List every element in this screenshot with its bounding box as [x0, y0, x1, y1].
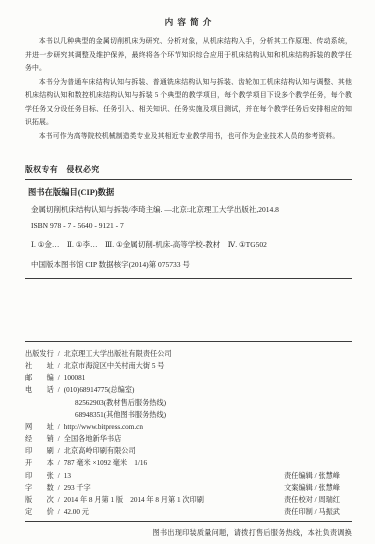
colophon-value: 2014 年 8 月第 1 版 2014 年 8 月第 1 次印刷: [64, 494, 204, 506]
colophon-label: 出版发行: [25, 348, 54, 360]
colophon-label: 版 次: [25, 494, 54, 506]
colophon-value: 68948351(其他图书服务热线): [75, 409, 166, 421]
divider-above-footer: [25, 521, 352, 522]
colophon-row-phone-3: 68948351(其他图书服务热线): [25, 409, 352, 421]
credit-proofreader: 责任校对 / 周瑞红: [284, 494, 352, 506]
colophon-value: 北京市海淀区中关村南大街 5 号: [64, 360, 165, 372]
colophon-label: 印 刷: [25, 445, 54, 457]
colophon-row-address: 社 址/北京市海淀区中关村南大街 5 号: [25, 360, 352, 372]
divider-below-copyright: [25, 179, 352, 180]
cip-classification-line: Ⅰ. ①金… Ⅱ. ①李… Ⅲ. ①金属切削-机床-高等学校-教材 Ⅳ. ①TG…: [31, 239, 352, 250]
colophon-value: 北京高岭印刷有限公司: [64, 445, 136, 457]
book-copyright-page: 内 容 简 介 本书以几种典型的金属切削机床为研究、分析对象，从机床结构入手，分…: [25, 16, 352, 538]
summary-paragraph-3: 本书可作为高等院校机械制造类专业及其相近专业教学用书，也可作为企业技术人员的参考…: [25, 130, 352, 144]
credit-print-supervisor: 责任印制 / 马振武: [284, 506, 352, 518]
label-separator: /: [58, 421, 60, 433]
divider-below-cip: [25, 278, 352, 279]
colophon-label: 印 张: [25, 470, 54, 482]
colophon-label: 经 销: [25, 433, 54, 445]
colophon-row-phone: 电 话/(010)68914775(总编室): [25, 384, 352, 396]
label-separator: /: [58, 360, 60, 372]
label-separator: /: [58, 433, 60, 445]
colophon-label: 社 址: [25, 360, 54, 372]
label-separator: /: [58, 470, 60, 482]
colophon-row-edition: 版 次/2014 年 8 月第 1 版 2014 年 8 月第 1 次印刷责任校…: [25, 494, 352, 506]
colophon-block: 出版发行/北京理工大学出版社有限责任公司 社 址/北京市海淀区中关村南大街 5 …: [25, 348, 352, 518]
colophon-label: 电 话: [25, 384, 54, 396]
label-separator: /: [58, 482, 60, 494]
colophon-row-postcode: 邮 编/100081: [25, 372, 352, 384]
divider-above-colophon: [25, 341, 352, 342]
colophon-row-website: 网 址/http://www.bitpress.com.cn: [25, 421, 352, 433]
cip-record-line: 中国版本图书馆 CIP 数据核字(2014)第 075733 号: [31, 259, 352, 270]
colophon-label: 开 本: [25, 457, 54, 469]
label-separator: /: [58, 384, 60, 396]
colophon-row-price: 定 价/42.00 元责任印制 / 马振武: [25, 506, 352, 518]
colophon-label: 字 数: [25, 482, 54, 494]
cip-title-line: 金属切削机床结构认知与拆装/李琦主编. —北京:北京理工大学出版社,2014.8: [31, 204, 352, 215]
colophon-value: 北京理工大学出版社有限责任公司: [64, 348, 172, 360]
colophon-row-phone-2: 82562903(教材售后服务热线): [25, 397, 352, 409]
quality-service-note: 图书出现印装质量问题，请拨打售后服务热线，本社负责调换: [25, 528, 352, 538]
label-separator: /: [58, 348, 60, 360]
colophon-label: 定 价: [25, 506, 54, 518]
credit-copy-editor: 文案编辑 / 张慧峰: [284, 482, 352, 494]
colophon-value: 100081: [64, 372, 86, 384]
colophon-value: 82562903(教材售后服务热线): [75, 397, 166, 409]
content-summary-title: 内 容 简 介: [25, 16, 352, 28]
summary-paragraph-1: 本书以几种典型的金属切削机床为研究、分析对象，从机床结构入手，分析其工作原理、传…: [25, 35, 352, 76]
colophon-row-printer: 印 刷/北京高岭印刷有限公司: [25, 445, 352, 457]
colophon-value: 13: [64, 470, 71, 482]
colophon-value-url: http://www.bitpress.com.cn: [64, 421, 143, 433]
label-separator: /: [58, 506, 60, 518]
colophon-value: 42.00 元: [64, 506, 89, 518]
colophon-value: 787 毫米 ×1092 毫米 1/16: [64, 457, 147, 469]
label-separator: /: [58, 494, 60, 506]
summary-paragraph-2: 本书分为普通车床结构认知与拆装、普通铣床结构认知与拆装、齿轮加工机床结构认知与调…: [25, 76, 352, 130]
colophon-label: 邮 编: [25, 372, 54, 384]
cip-heading: 图书在版编目(CIP)数据: [28, 186, 352, 198]
colophon-row-publisher: 出版发行/北京理工大学出版社有限责任公司: [25, 348, 352, 360]
colophon-row-sheets: 印 张/13责任编辑 / 张慧峰: [25, 470, 352, 482]
label-separator: /: [58, 372, 60, 384]
colophon-row-wordcount: 字 数/293 千字文案编辑 / 张慧峰: [25, 482, 352, 494]
colophon-row-distribution: 经 销/全国各地新华书店: [25, 433, 352, 445]
label-separator: /: [58, 445, 60, 457]
label-separator: /: [58, 457, 60, 469]
colophon-value: 293 千字: [64, 482, 91, 494]
credit-editor: 责任编辑 / 张慧峰: [284, 470, 352, 482]
copyright-notice: 版权专有 侵权必究: [25, 164, 352, 175]
colophon-value: (010)68914775(总编室): [64, 384, 135, 396]
colophon-row-format: 开 本/787 毫米 ×1092 毫米 1/16: [25, 457, 352, 469]
colophon-label: 网 址: [25, 421, 54, 433]
colophon-value: 全国各地新华书店: [64, 433, 122, 445]
cip-isbn-line: ISBN 978 - 7 - 5640 - 9121 - 7: [31, 221, 352, 230]
